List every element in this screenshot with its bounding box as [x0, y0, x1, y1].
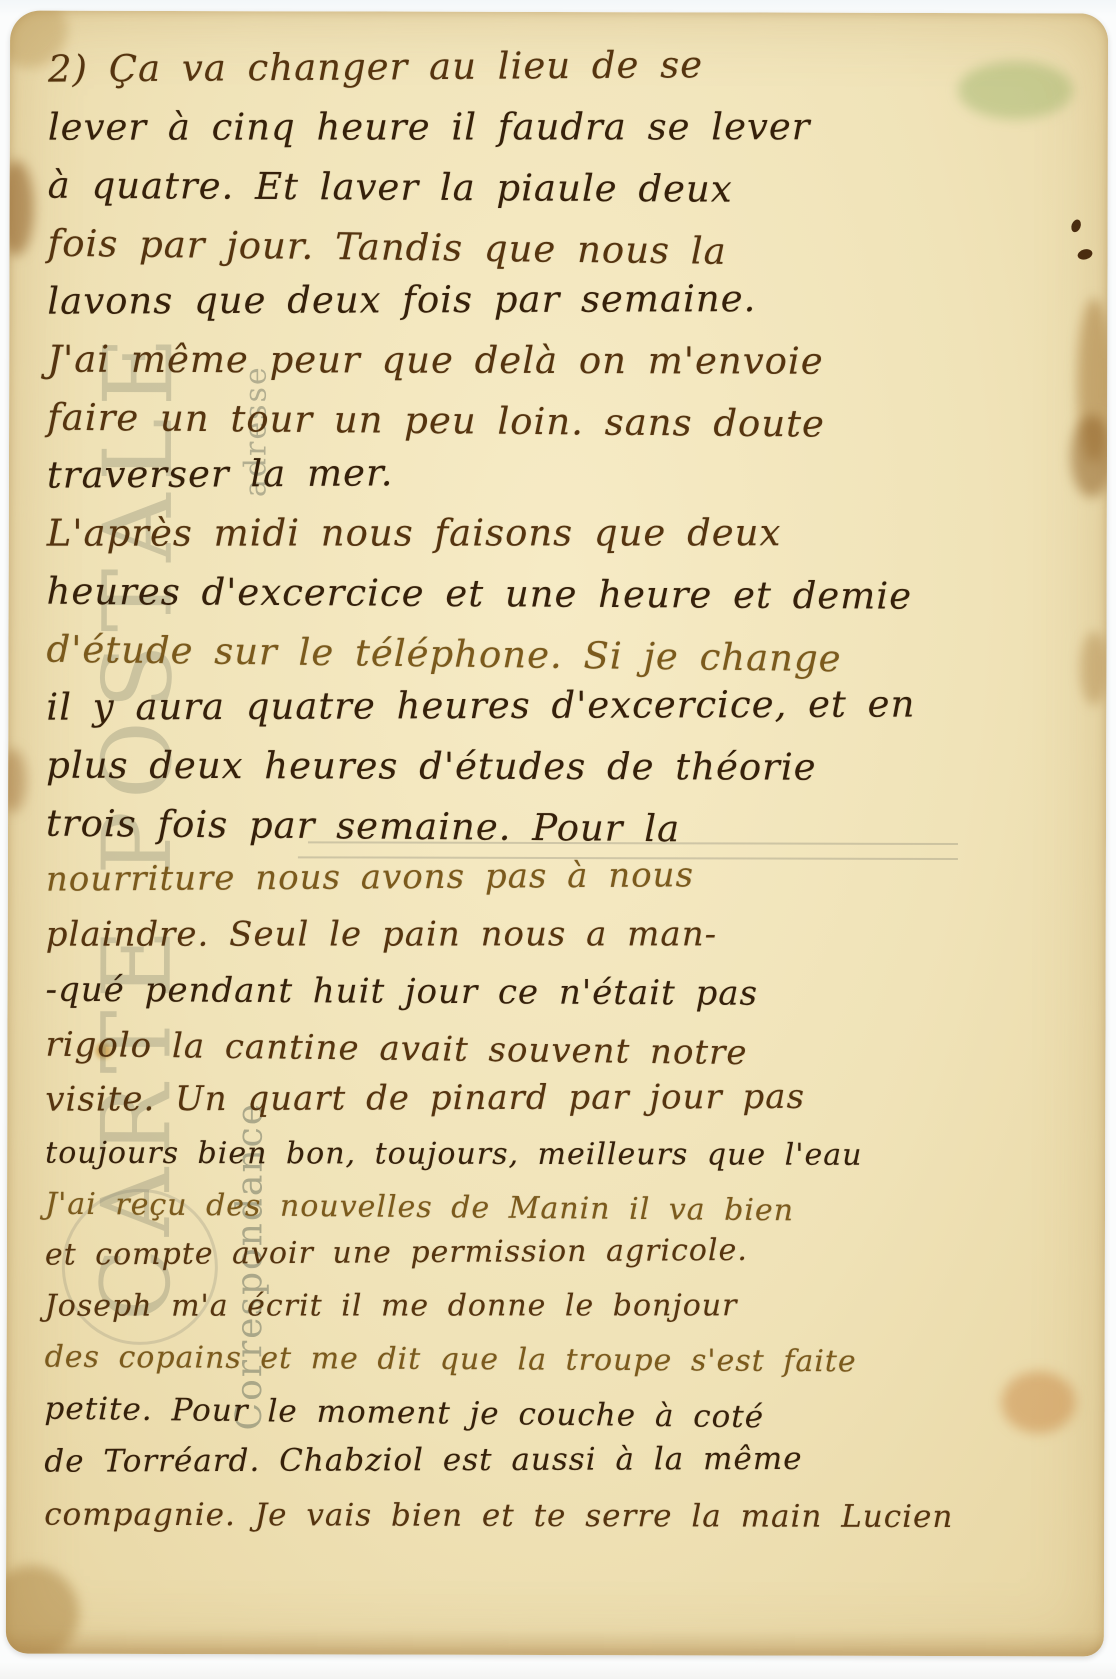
manuscript-line: il y aura quatre heures d'excercice, et …	[46, 675, 1098, 737]
manuscript-line: visite. Un quart de pinard par jour pas	[45, 1069, 1097, 1128]
manuscript-line: lavons que deux fois par semaine.	[47, 269, 1099, 331]
manuscript-line: compagnie. Je vais bien et te serre la m…	[44, 1489, 1096, 1545]
manuscript-line: plaindre. Seul le pain nous a man-	[46, 907, 1098, 963]
manuscript-line: -qué pendant huit jour ce n'était pas	[45, 963, 1097, 1024]
manuscript-line: J'ai même peur que delà on m'envoie	[47, 331, 1099, 392]
manuscript-line: toujours bien bon, toujours, meilleurs q…	[45, 1128, 1097, 1182]
manuscript-line: lever à cinq heure il faudra se lever	[48, 98, 1100, 157]
manuscript-line: Joseph m'a écrit il me donne le bonjour	[45, 1280, 1097, 1332]
scan-background: CARTE POSTALE Correspondance adresse 2) …	[0, 0, 1116, 1679]
manuscript-line: L'après midi nous faisons que deux	[47, 504, 1099, 563]
manuscript-line: de Torréard. Chabziol est aussi à la mêm…	[44, 1432, 1096, 1489]
manuscript-line: des copains et me dit que la troupe s'es…	[44, 1332, 1096, 1389]
paper-stain	[6, 1629, 1104, 1657]
manuscript-line: plus deux heures d'études de théorie	[46, 737, 1098, 798]
manuscript-line: à quatre. Et laver la piaule deux	[48, 157, 1100, 221]
manuscript-line: et compte avoir une permission agricole.	[45, 1223, 1097, 1281]
manuscript-line: nourriture nous avons pas à nous	[46, 846, 1098, 908]
manuscript-line: 2) Ça va changer au lieu de se	[48, 34, 1100, 99]
paper-stain	[6, 161, 34, 256]
manuscript-line: heures d'excercice et une heure et demie	[46, 563, 1098, 627]
postcard: CARTE POSTALE Correspondance adresse 2) …	[6, 11, 1108, 1657]
paper-stain	[6, 749, 26, 813]
handwritten-letter: 2) Ça va changer au lieu de selever à ci…	[44, 41, 1100, 1545]
manuscript-line: traverser la mer.	[47, 440, 1099, 505]
